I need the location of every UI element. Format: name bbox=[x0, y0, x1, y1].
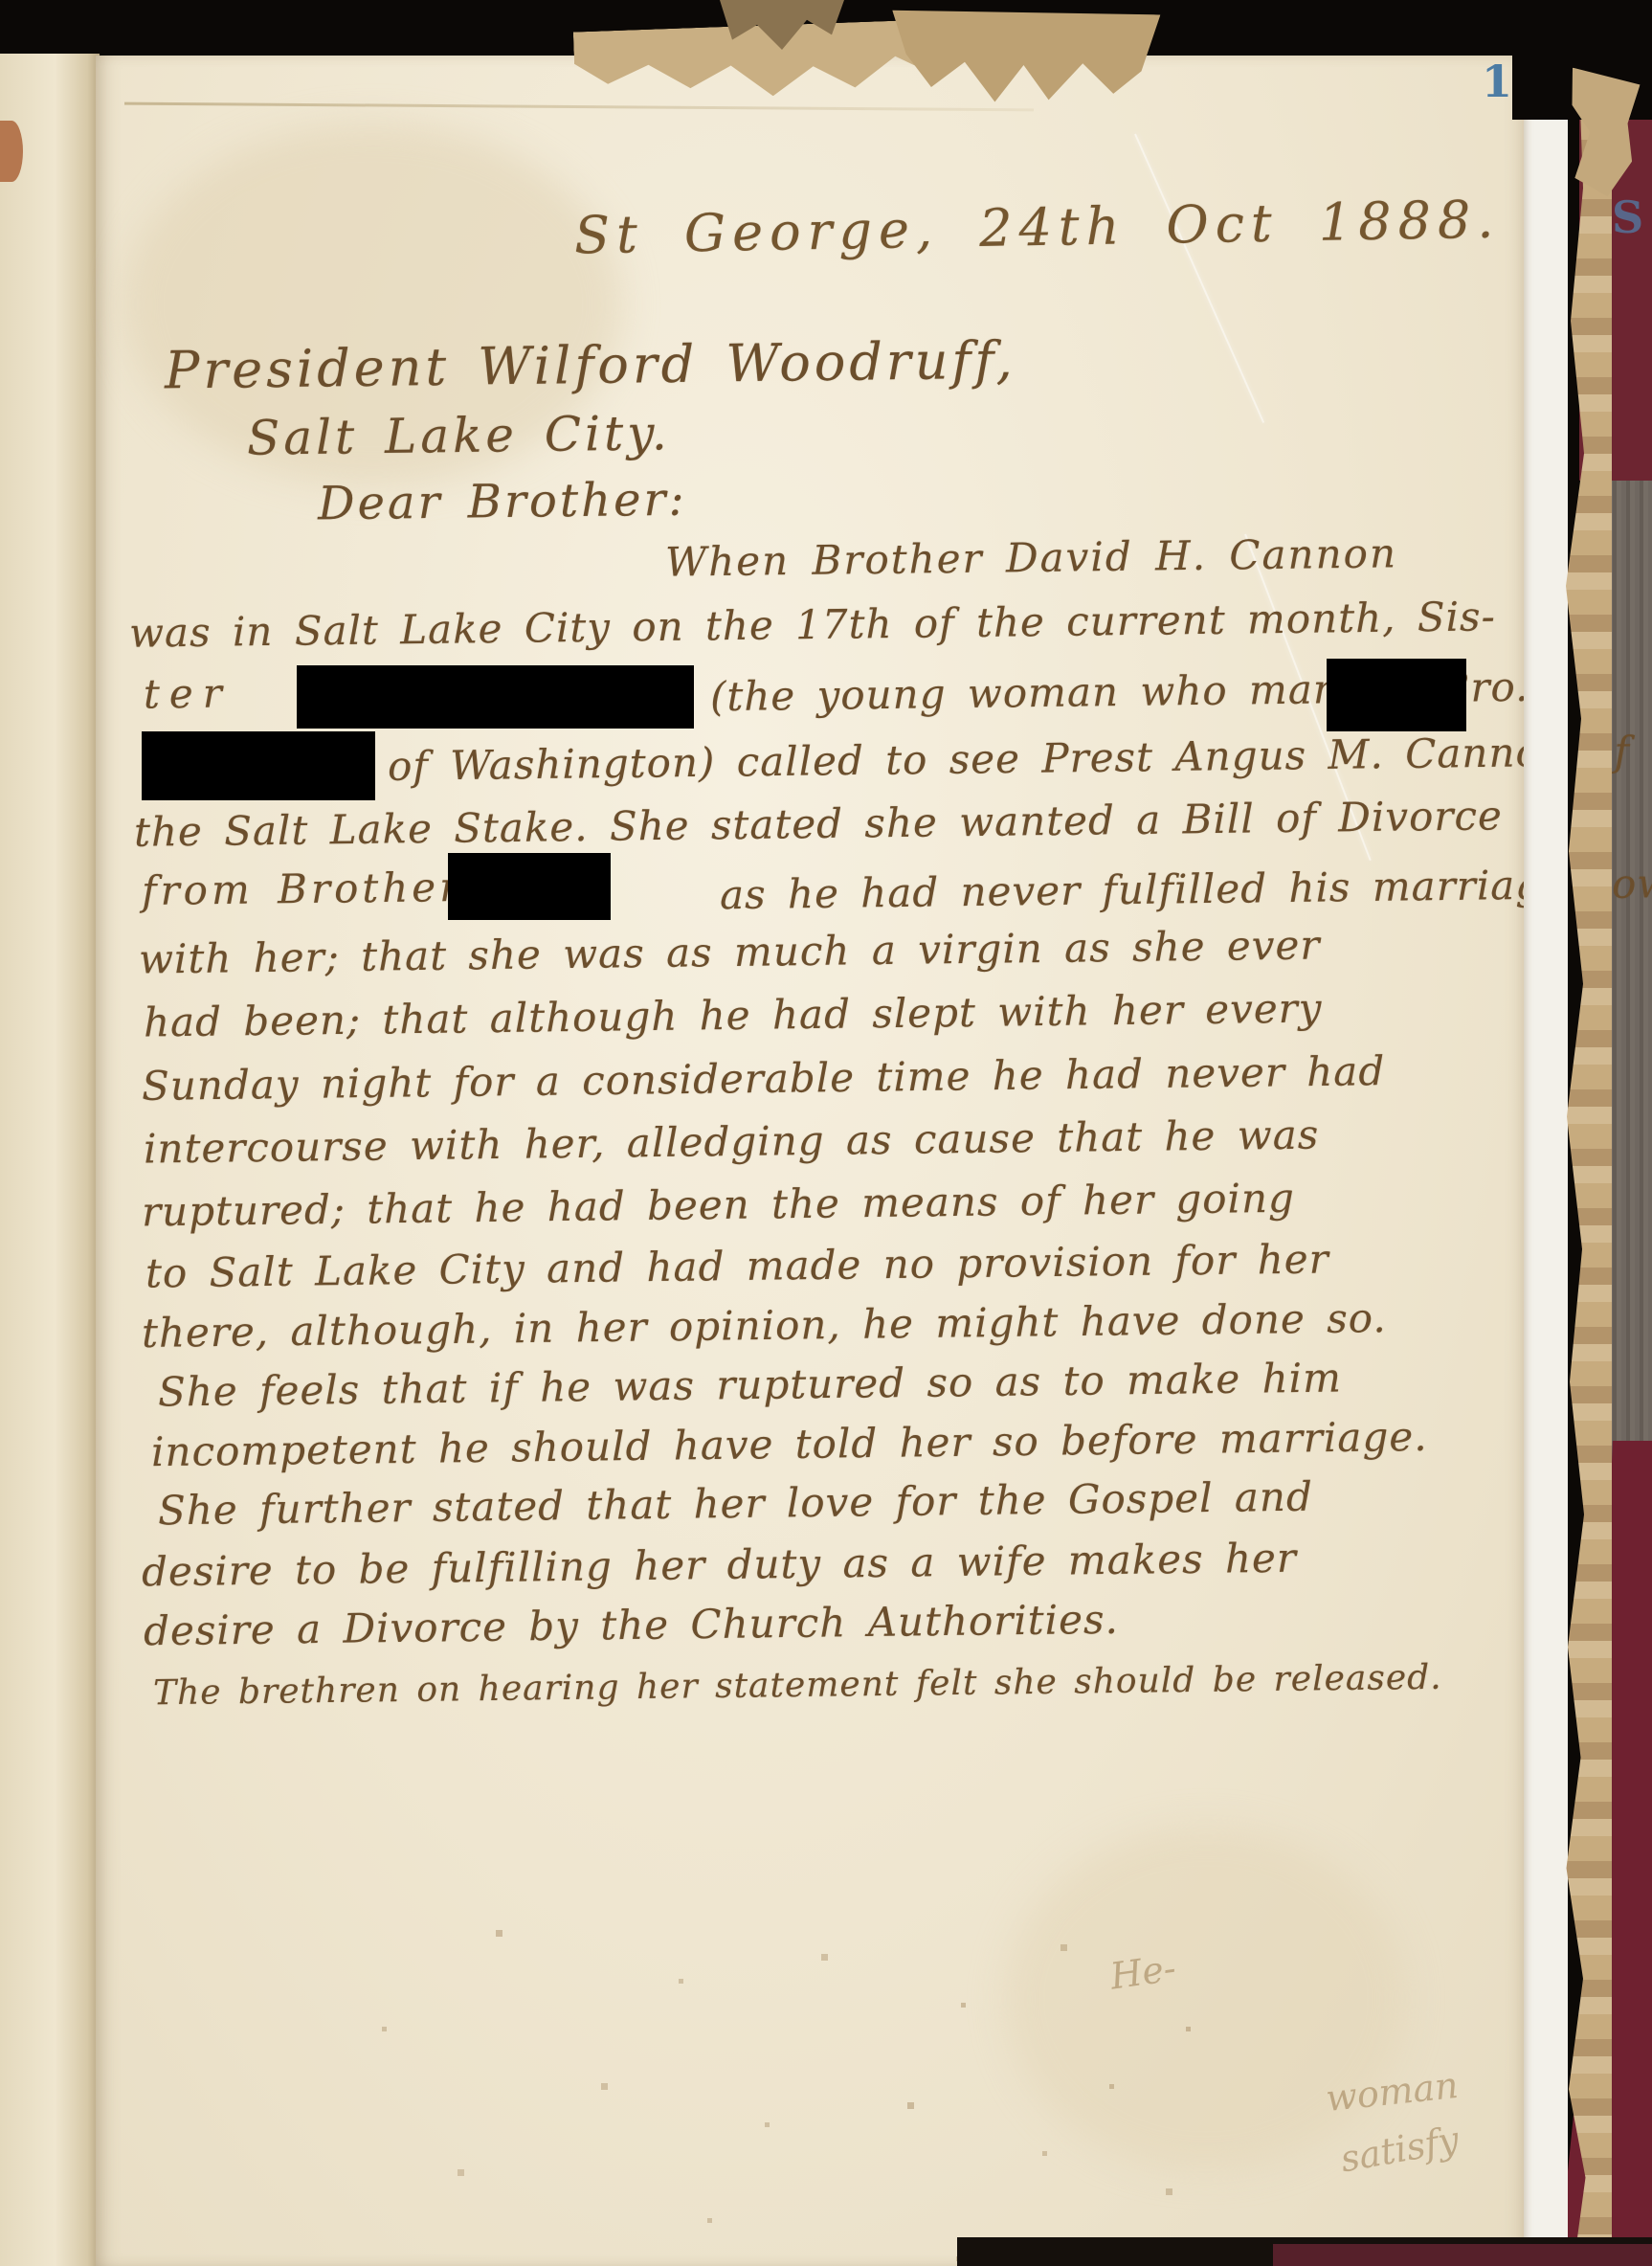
letter-line: incompetent he should have told her so b… bbox=[151, 1413, 1428, 1475]
letter-line: desire a Divorce by the Church Authoriti… bbox=[144, 1596, 1119, 1654]
letter-line: to Salt Lake City and had made no provis… bbox=[145, 1235, 1329, 1296]
redaction-bar-2 bbox=[1327, 659, 1466, 731]
letter-line: ter bbox=[144, 669, 232, 717]
left-underpage-edge bbox=[0, 48, 100, 2266]
ink-specks bbox=[96, 56, 99, 58]
next-page-edge bbox=[1524, 88, 1568, 2266]
letter-line: She further stated that her love for the… bbox=[158, 1473, 1313, 1535]
letter-recipient: President Wilford Woodruff, bbox=[165, 330, 1016, 401]
letter-dateline: St George, 24th Oct 1888. bbox=[574, 190, 1501, 266]
left-corner-patch bbox=[0, 121, 23, 182]
letter-sheet: 139 St George, 24th Oct 1888. President … bbox=[96, 56, 1524, 2266]
letter-line: When Brother David H. Cannon bbox=[665, 529, 1398, 585]
torn-page-edges bbox=[1564, 56, 1612, 2266]
letter-line: from Brother bbox=[142, 864, 463, 914]
redaction-bar-1 bbox=[297, 665, 694, 729]
paper-crease bbox=[1134, 134, 1264, 423]
letter-line: of Washington) called to see Prest Angus… bbox=[388, 728, 1631, 790]
letter-line: was in Salt Lake City on the 17th of the… bbox=[129, 593, 1496, 656]
scanned-letter-page: 139 St George, 24th Oct 1888. President … bbox=[0, 0, 1652, 2266]
letter-line: ruptured; that he had been the means of … bbox=[142, 1175, 1295, 1236]
letter-line: as he had never fulfilled his marriage v… bbox=[720, 860, 1652, 918]
bottom-cover-edge bbox=[1273, 2244, 1652, 2266]
letter-line: The brethren on hearing her statement fe… bbox=[153, 1658, 1442, 1713]
paper-stain bbox=[1005, 1827, 1407, 2171]
letter-line: intercourse with her, alledging as cause… bbox=[144, 1111, 1320, 1172]
letter-line: desire to be fulfilling her duty as a wi… bbox=[142, 1535, 1297, 1596]
letter-line: She feels that if he was ruptured so as … bbox=[158, 1354, 1342, 1415]
ghost-bleedthrough-text: satisfy bbox=[1337, 2119, 1462, 2181]
letter-line: had been; that although he had slept wit… bbox=[144, 984, 1323, 1045]
letter-line: with her; that she was as much a virgin … bbox=[139, 921, 1321, 982]
sheet-top-edge bbox=[124, 102, 1034, 112]
letter-recipient-city: Salt Lake City. bbox=[247, 405, 671, 465]
letter-line: the Salt Lake Stake. She stated she want… bbox=[134, 792, 1503, 855]
ghost-bleedthrough-text: He- bbox=[1107, 1946, 1178, 1997]
letter-line: there, although, in her opinion, he migh… bbox=[142, 1294, 1387, 1357]
redaction-bar-4 bbox=[448, 853, 611, 920]
letter-salutation: Dear Brother: bbox=[318, 473, 687, 531]
letter-line: Sunday night for a considerable time he … bbox=[142, 1047, 1386, 1110]
redaction-bar-3 bbox=[142, 731, 375, 800]
under-page-number: S bbox=[1612, 191, 1643, 243]
